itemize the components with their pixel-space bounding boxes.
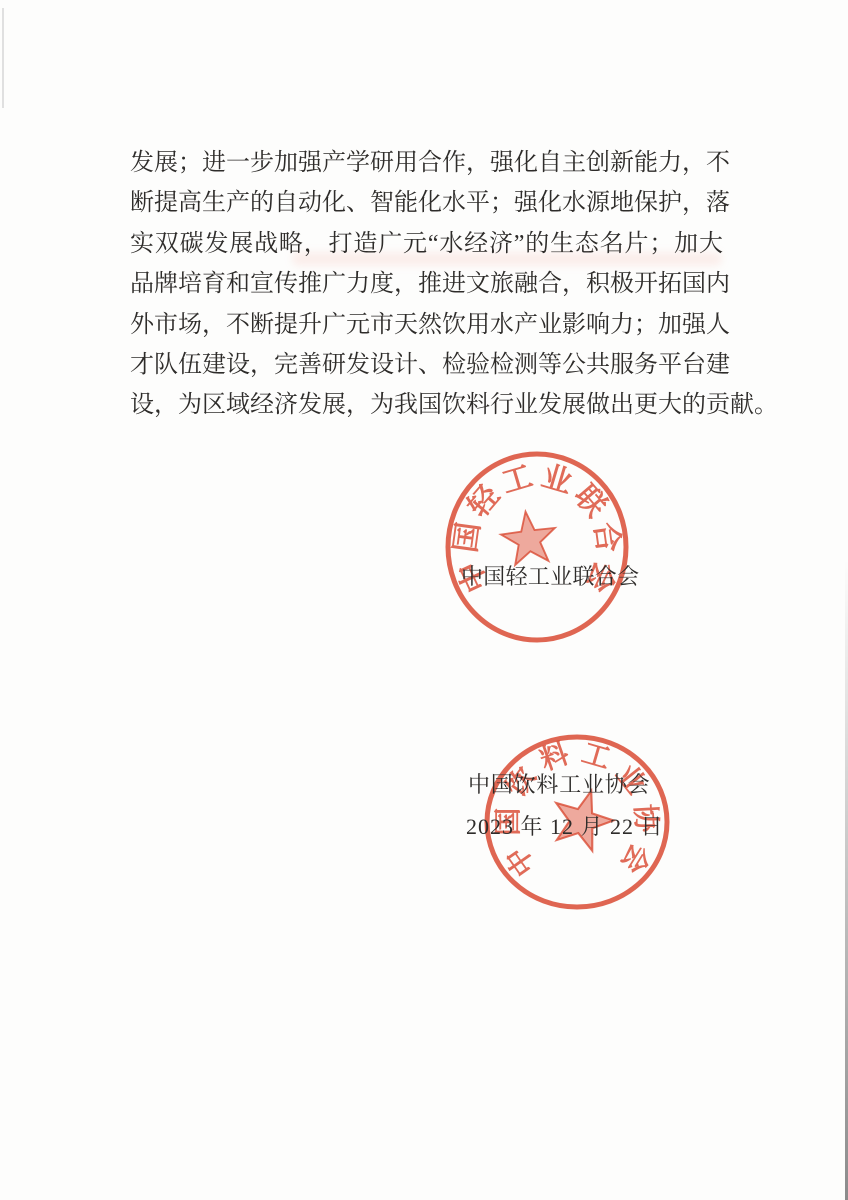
body-text-line: 品牌培育和宣传推广力度，推进文旅融合，积极开拓国内 (130, 264, 723, 304)
svg-text:业: 业 (538, 460, 576, 500)
signer-org-name: 中国饮料工业协会 (468, 768, 650, 799)
body-text-line: 发展；进一步加强产学研用合作，强化自主创新能力，不 (130, 143, 723, 183)
svg-text:合: 合 (588, 520, 625, 554)
body-text-line: 才队伍建设，完善研发设计、检验检测等公共服务平台建 (130, 345, 723, 385)
document-page: 发展；进一步加强产学研用合作，强化自主创新能力，不 断提高生产的自动化、智能化水… (0, 0, 848, 1200)
body-text-line: 断提高生产的自动化、智能化水平；强化水源地保护，落 (130, 183, 723, 223)
body-text-line: 设，为区域经济发展，为我国饮料行业发展做出更大的贡献。 (130, 385, 723, 425)
svg-text:国: 国 (449, 520, 486, 554)
signature-date: 2023 年 12 月 22 日 (466, 810, 664, 841)
star-icon (499, 508, 559, 566)
body-text-line: 实双碳发展战略，打造广元“水经济”的生态名片；加大 (130, 224, 723, 264)
body-text-line: 外市场，不断提升广元市天然饮用水产业影响力；加强人 (130, 305, 723, 345)
svg-text:工: 工 (498, 460, 536, 500)
scan-artifact-left-edge (2, 8, 4, 108)
signer-org-name: 中国轻工业联合会 (461, 560, 639, 591)
letter-body: 发展；进一步加强产学研用合作，强化自主创新能力，不 断提高生产的自动化、智能化水… (130, 143, 723, 426)
light-industry-council-seal: 中国轻工业联合会 (427, 437, 647, 657)
